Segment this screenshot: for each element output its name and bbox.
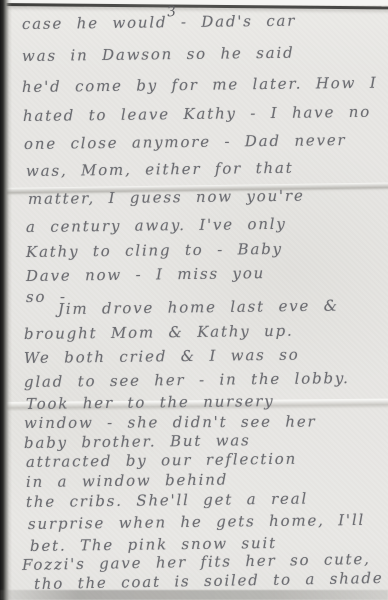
handwriting-line-9: Kathy to cling to - Baby	[26, 239, 283, 262]
handwriting-line-21: the cribs. She'll get a real	[26, 489, 308, 512]
handwriting-line-10: Dave now - I miss you	[26, 263, 265, 286]
bottom-shadow-band	[0, 590, 388, 600]
handwriting-line-3: he'd come by for me later. How I	[22, 73, 378, 97]
handwriting-line-22: surprise when he gets home, I'll	[28, 510, 365, 534]
handwriting-line-5: one close anymore - Dad never	[24, 130, 347, 154]
letter-page: 3 case he would - Dad's car was in Dawso…	[0, 0, 388, 600]
handwriting-line-20: in a window behind	[26, 470, 228, 492]
handwriting-line-2: was in Dawson so he said	[22, 43, 295, 66]
handwriting-line-4: hated to leave Kathy - I have no	[23, 102, 371, 126]
handwriting-line-13: brought Mom & Kathy up.	[24, 321, 294, 344]
handwriting-line-8: a century away. I've only	[26, 214, 287, 237]
handwriting-line-6: was, Mom, either for that	[26, 158, 294, 181]
scan-edge-left	[0, 0, 12, 600]
handwriting-line-16: Took her to the nursery	[26, 391, 275, 414]
handwriting-line-15: glad to see her - in the lobby.	[24, 368, 350, 392]
handwriting-line-19: attracted by our reflection	[26, 449, 297, 472]
handwriting-line-1: case he would - Dad's car	[22, 11, 296, 34]
handwriting-line-7: matter, I guess now you're	[28, 186, 305, 209]
handwriting-line-12: Jim drove home last eve &	[58, 296, 339, 319]
handwriting-line-14: We both cried & I was so	[24, 345, 300, 368]
handwriting-line-17: window - she didn't see her	[24, 411, 317, 433]
